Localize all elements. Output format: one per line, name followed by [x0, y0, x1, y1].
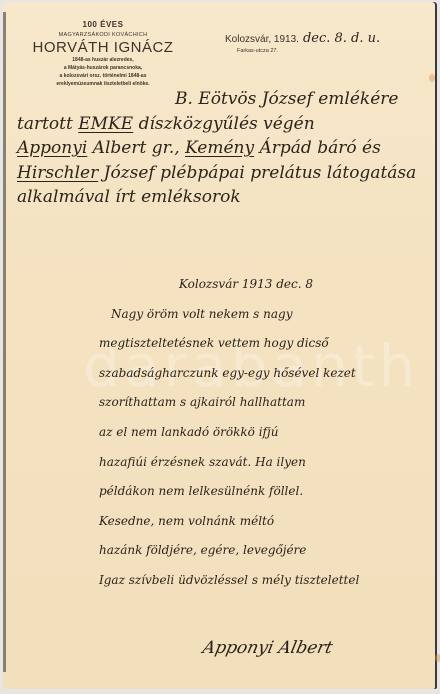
- paper-stain: [435, 654, 440, 662]
- heading-line: Apponyi Albert gr., Kemény Árpád báró és: [17, 136, 437, 161]
- underlined-emke: EMKE: [78, 114, 133, 134]
- letterhead-name: HORVÁTH IGNÁCZ: [23, 39, 183, 56]
- handwritten-heading: B. Eötvös József emlékére tartott EMKE d…: [17, 87, 437, 210]
- paper-stain: [429, 74, 435, 82]
- handwritten-date: dec. 8. d. u.: [303, 31, 380, 46]
- letter-line: megtiszteltetésnek vettem hogy dicső: [99, 329, 439, 359]
- letter-line: szoríthattam s ajkairól hallhattam: [99, 388, 439, 418]
- letter-date: Kolozsvár 1913 dec. 8: [99, 270, 439, 300]
- letter-line: az el nem lankadó örökkö ifjú: [99, 418, 439, 448]
- postcard: 100 ÉVES MAGYARZSÁKODI KOVÁCHICH HORVÁTH…: [3, 2, 437, 689]
- handwritten-letter: Kolozsvár 1913 dec. 8 Nagy öröm volt nek…: [99, 270, 439, 596]
- letter-line: példákon nem lelkesülnénk föllel.: [99, 477, 439, 507]
- letter-line: hazánk földjére, egére, levegőjére: [99, 536, 439, 566]
- printed-place-year: Kolozsvár, 1913.: [225, 34, 299, 45]
- underlined-hirschler: Hirschler: [17, 163, 98, 183]
- letterhead-line: 1848-as huszár alezredes,: [23, 56, 183, 64]
- heading-line: alkalmával írt emléksorok: [17, 185, 437, 210]
- letter-line: Igaz szívbeli üdvözléssel s mély tisztel…: [99, 566, 439, 596]
- heading-text: Árpád báró és: [254, 138, 381, 158]
- heading-text: Albert gr.,: [87, 138, 185, 158]
- heading-text: alkalmával írt emléksorok: [17, 187, 241, 207]
- printed-letterhead: 100 ÉVES MAGYARZSÁKODI KOVÁCHICH HORVÁTH…: [23, 20, 183, 88]
- signature: Apponyi Albert: [201, 638, 335, 658]
- heading-line: Hirschler József plébpápai prelátus láto…: [17, 161, 437, 186]
- letter-line: Nagy öröm volt nekem s nagy: [99, 300, 439, 330]
- heading-text: B. Eötvös József emlékére: [175, 89, 398, 109]
- heading-text: József plébpápai prelátus látogatása: [98, 163, 416, 183]
- heading-text: díszközgyűlés végén: [133, 114, 315, 134]
- place-date: Kolozsvár, 1913.dec. 8. d. u. Farkas-utc…: [225, 29, 380, 54]
- printed-address: Farkas-utcza 27.: [237, 48, 380, 54]
- heading-line: B. Eötvös József emlékére: [17, 87, 437, 112]
- heading-line: tartott EMKE díszközgyűlés végén: [17, 112, 437, 137]
- letterhead-line: a kolozsvári orsz. történelmi 1848-as: [23, 72, 183, 80]
- letterhead-anniversary: 100 ÉVES: [23, 20, 183, 29]
- underlined-kemeny: Kemény: [185, 138, 254, 158]
- heading-text: tartott: [17, 114, 78, 134]
- letter-line: Kesedne, nem volnánk méltó: [99, 507, 439, 537]
- letter-line: szabadságharczunk egy-egy hősével kezet: [99, 359, 439, 389]
- letter-line: hazafiúi érzésnek szavát. Ha ilyen: [99, 448, 439, 478]
- letterhead-subtitle: MAGYARZSÁKODI KOVÁCHICH: [23, 32, 183, 38]
- underlined-apponyi: Apponyi: [17, 138, 87, 158]
- letterhead-line: a Mátyás-huszárok parancsnoka,: [23, 64, 183, 72]
